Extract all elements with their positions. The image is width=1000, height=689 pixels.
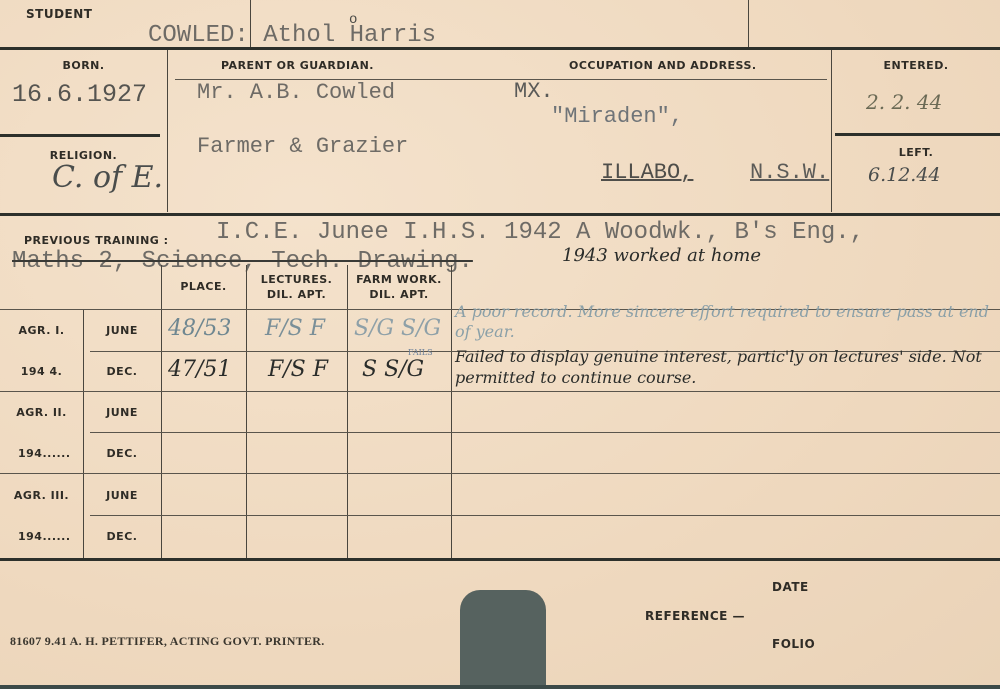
occupation-label: OCCUPATION AND ADDRESS.	[569, 59, 757, 72]
row-farm-work: S S/G	[362, 357, 424, 382]
born-value: 16.6.1927	[12, 80, 147, 109]
divider	[83, 310, 84, 558]
reference-label: REFERENCE —	[645, 609, 745, 623]
row-year-label: 194 4.	[0, 365, 83, 378]
address-town: ILLABO,	[601, 160, 693, 185]
previous-training-line2: Maths 2, Science, Tech. Drawing.	[12, 248, 473, 275]
row-term: DEC.	[83, 447, 161, 460]
row-year-label: 194......	[18, 447, 71, 460]
divider	[748, 0, 749, 48]
previous-training-line1: I.C.E. Junee I.H.S. 1942 A Woodwk., B's …	[216, 219, 864, 246]
occupation-struck: MX.	[514, 79, 554, 104]
rule	[90, 515, 1000, 516]
rule	[0, 213, 1000, 216]
entered-value: 2. 2. 44	[866, 90, 942, 114]
religion-value: C. of E.	[52, 160, 163, 195]
parent-label: PARENT OR GUARDIAN.	[221, 59, 374, 72]
row-term: JUNE	[83, 324, 161, 337]
row-farm-note: FAILS	[408, 348, 433, 357]
row-farm-work: S/G S/G	[354, 316, 441, 341]
printer-line: 81607 9.41 A. H. PETTIFER, ACTING GOVT. …	[10, 634, 325, 649]
rule	[0, 473, 1000, 474]
left-value: 6.12.44	[868, 164, 941, 186]
student-name: COWLED: Athol Harris	[148, 22, 436, 49]
header-farm-work-sub: DIL. APT.	[347, 288, 451, 301]
header-farm-work: FARM WORK.	[347, 273, 451, 286]
previous-training-note: 1943 worked at home	[562, 245, 761, 266]
card-punch-hole	[460, 590, 546, 685]
row-year-label: AGR. II.	[0, 406, 83, 419]
row-year-label: AGR. III.	[0, 489, 83, 502]
parent-value: Mr. A.B. Cowled	[197, 80, 395, 105]
rule	[0, 391, 1000, 392]
date-label: DATE	[772, 580, 809, 594]
row-place: 48/53	[168, 316, 231, 341]
divider	[831, 50, 832, 212]
rule	[0, 47, 1000, 50]
student-label: STUDENT	[26, 7, 92, 21]
divider	[167, 50, 168, 212]
row-term: DEC.	[83, 365, 161, 378]
row-lectures: F/S F	[265, 316, 325, 341]
address-line1: "Miraden",	[551, 104, 683, 129]
row-remarks: Failed to display genuine interest, part…	[455, 346, 1000, 388]
row-lectures: F/S F	[268, 357, 328, 382]
header-lectures: LECTURES.	[246, 273, 347, 286]
row-year-label: AGR. I.	[0, 324, 83, 337]
student-name-correction: o	[349, 12, 357, 28]
folio-label: FOLIO	[772, 637, 815, 651]
row-term: JUNE	[83, 489, 161, 502]
rule	[0, 134, 160, 137]
entered-label: ENTERED.	[832, 59, 1000, 72]
header-place: PLACE.	[161, 280, 246, 293]
previous-training-label: PREVIOUS TRAINING :	[24, 234, 169, 247]
address-state: N.S.W.	[750, 160, 829, 185]
occupation-value: Farmer & Grazier	[197, 134, 408, 159]
rule	[835, 133, 1000, 136]
born-label: BORN.	[0, 59, 167, 72]
row-year-label: 194......	[18, 530, 71, 543]
row-place: 47/51	[168, 357, 231, 382]
rule	[0, 558, 1000, 561]
rule	[90, 432, 1000, 433]
row-term: JUNE	[83, 406, 161, 419]
header-lectures-sub: DIL. APT.	[246, 288, 347, 301]
student-record-card: STUDENT COWLED: Athol Harris o BORN. 16.…	[0, 0, 1000, 685]
row-term: DEC.	[83, 530, 161, 543]
left-label: LEFT.	[832, 146, 1000, 159]
row-remarks: A poor record. More sincere effort requi…	[455, 302, 995, 342]
